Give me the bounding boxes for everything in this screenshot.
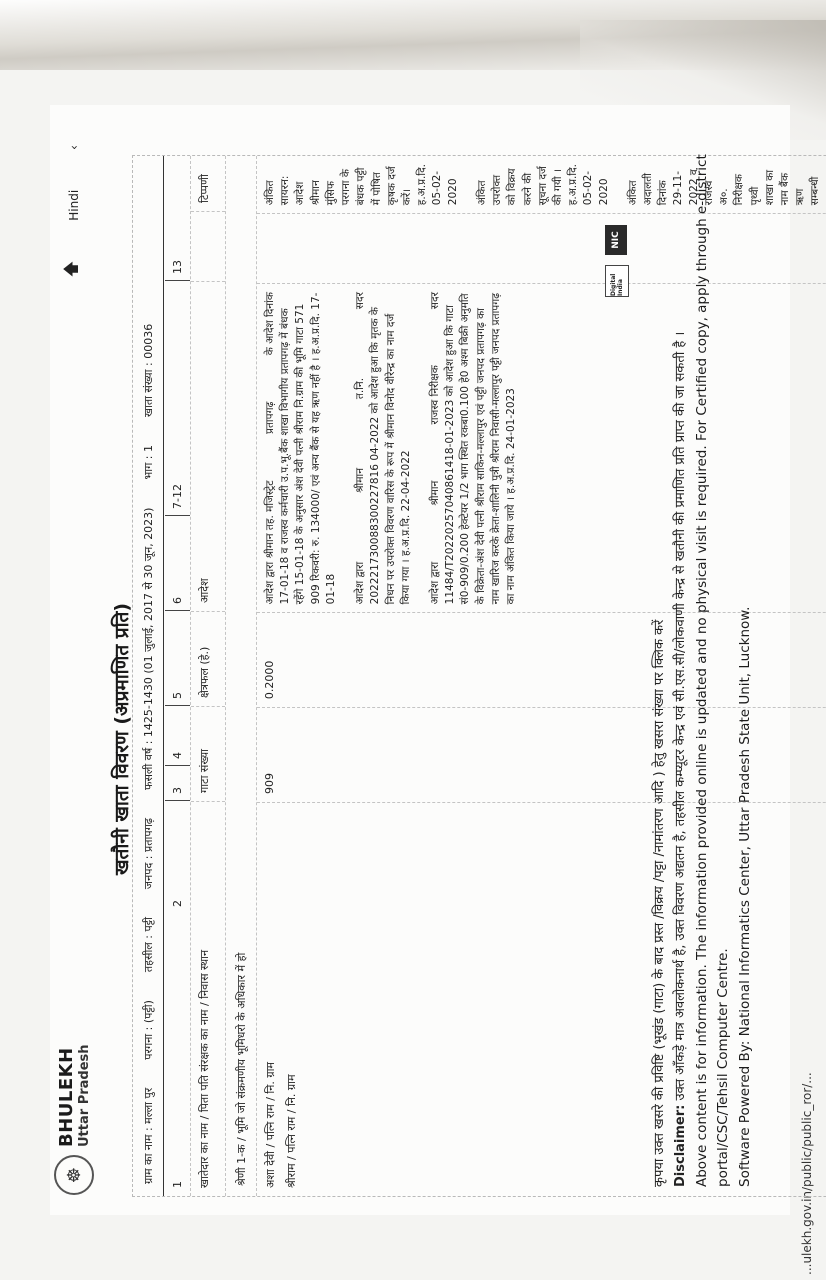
khata-number: खाता संख्या : 00036 xyxy=(141,324,156,417)
column-header-row: खातेदार का नाम / पिता पति संरक्षक का नाम… xyxy=(191,156,226,1196)
order-text: 202221730088300227816 04-2022 को आदेश हु… xyxy=(368,292,414,604)
disclaimer-english-1: Above content is for information. The in… xyxy=(692,127,714,1187)
header-actions: 🡅 Hindi ‹ xyxy=(60,145,87,277)
tehsil: तहसील : पट्टी xyxy=(141,917,156,972)
brand-title: BHULEKH xyxy=(56,1044,77,1147)
column-number-row: 1 2 3 4 5 6 7-12 13 xyxy=(164,156,191,1196)
hindi-note: कृपया उक्त खसरे की प्रविष्टि (भूखंड (गाट… xyxy=(650,127,671,1187)
order-entry: आदेश द्वाराश्रीमानराजस्व निरीक्षकसदर 114… xyxy=(428,292,519,604)
header-area: क्षेत्रफल (हे.) xyxy=(191,611,225,706)
header-name: खातेदार का नाम / पिता पति संरक्षक का नाम… xyxy=(191,801,225,1196)
chevron-icon[interactable]: ‹ xyxy=(67,145,81,150)
order-date-label: के आदेश दिनांक xyxy=(263,292,278,355)
notes: कृपया उक्त खसरे की प्रविष्टि (भूखंड (गाट… xyxy=(650,127,756,1187)
col-num-4: 4 xyxy=(165,706,190,766)
footer-logos: Digital India NIC xyxy=(605,225,629,297)
brand: BHULEKH Uttar Pradesh xyxy=(56,1044,92,1147)
bhag: भाग : 1 xyxy=(141,445,156,479)
nic-logo: NIC xyxy=(605,225,627,255)
header-plot: गाटा संख्या xyxy=(191,706,225,801)
header-remarks: टिप्पणी xyxy=(191,156,225,211)
order-entry: आदेश द्वारा श्रीमान तह. मजिस्ट्रेटप्रताप… xyxy=(263,292,339,604)
order-place: सदर xyxy=(353,292,368,309)
order-designation: त.नि. xyxy=(353,378,368,399)
col-num-1: 1 xyxy=(165,1006,190,1196)
order-text: 17-01-18 व राजस्व कर्मचारी उ.प.भू.बैंक श… xyxy=(278,292,339,604)
holder-line-2: श्रीराम / पत्नि राम / नि. ग्राम xyxy=(284,811,299,1188)
col-num-2: 2 xyxy=(165,801,190,1006)
order-by: आदेश द्वारा श्रीमान तह. मजिस्ट्रेट xyxy=(263,480,278,604)
order-designation: राजस्व निरीक्षक xyxy=(428,365,443,424)
up-emblem-icon: ☸ xyxy=(54,1155,94,1195)
village-name: ग्राम का नाम : मल्ला पुर xyxy=(141,1088,156,1184)
col-num-13: 13 xyxy=(165,156,190,281)
powered-by: Software Powered By: National Informatic… xyxy=(735,127,757,1187)
col-num-3: 3 xyxy=(165,766,190,801)
header-order: आदेश xyxy=(191,281,225,611)
order-officer: श्रीमान xyxy=(428,481,443,506)
remark-entry: अंकित उपरोक्त को विक्रय करने की सूचना दर… xyxy=(475,164,612,205)
district: जनपद : प्रतापगढ़ xyxy=(141,818,156,889)
site-header: ☸ BHULEKH Uttar Pradesh 🡅 Hindi ‹ xyxy=(50,105,110,1215)
brand-subtitle: Uttar Pradesh xyxy=(77,1044,92,1147)
disclaimer-english-2: portal/CSC/Tehsil Computer Centre. xyxy=(713,127,735,1187)
order-by: आदेश द्वारा xyxy=(428,562,443,605)
col-num-5: 5 xyxy=(165,611,190,706)
header-blank xyxy=(191,211,225,281)
pargana: परगना : (पट्टी) xyxy=(141,1000,156,1060)
order-officer: श्रीमान xyxy=(353,468,368,493)
order-by: आदेश द्वारा xyxy=(353,562,368,605)
col-num-6: 6 xyxy=(165,516,190,611)
disclaimer-hindi: उक्त आँकड़े मात्र अवलोकनार्थ है, उक्त वि… xyxy=(673,332,688,1101)
order-entry: आदेश द्वाराश्रीमानत.नि.सदर 2022217300883… xyxy=(353,292,414,604)
order-place: सदर xyxy=(428,292,443,309)
language-select[interactable]: Hindi xyxy=(67,190,81,221)
fasli-year: फसली वर्ष : 1425-1430 (01 जुलाई, 2017 से… xyxy=(141,508,156,790)
khatauni-document: ☸ BHULEKH Uttar Pradesh 🡅 Hindi ‹ खतौनी … xyxy=(50,105,790,1215)
up-arrow-icon[interactable]: 🡅 xyxy=(60,261,87,277)
category-row: श्रेणी 1-क / भूमि जो संक्रमणीय भूमिधरो क… xyxy=(226,156,257,1196)
document-title: खतौनी खाता विवरण (अप्रमाणित प्रति) xyxy=(108,603,134,875)
meta-row: ग्राम का नाम : मल्ला पुर परगना : (पट्टी)… xyxy=(133,156,164,1196)
category-label: श्रेणी 1-क / भूमि जो संक्रमणीय भूमिधरो क… xyxy=(234,953,249,1186)
col-num-7-12: 7-12 xyxy=(165,281,190,516)
remark-entry: अंकित सायरन: आदेश श्रीमान मुंसिफ परगना क… xyxy=(263,164,461,205)
holder-line-1: अशा देवी / पत्नि राम / नि. ग्राम xyxy=(263,811,278,1188)
disclaimer-label: Disclaimer: xyxy=(673,1105,688,1187)
digital-india-logo: Digital India xyxy=(605,265,629,297)
order-place: प्रतापगढ़ xyxy=(263,402,278,434)
order-text: 11484/T20220257040861418-01-2023 को आदेश… xyxy=(443,292,519,604)
